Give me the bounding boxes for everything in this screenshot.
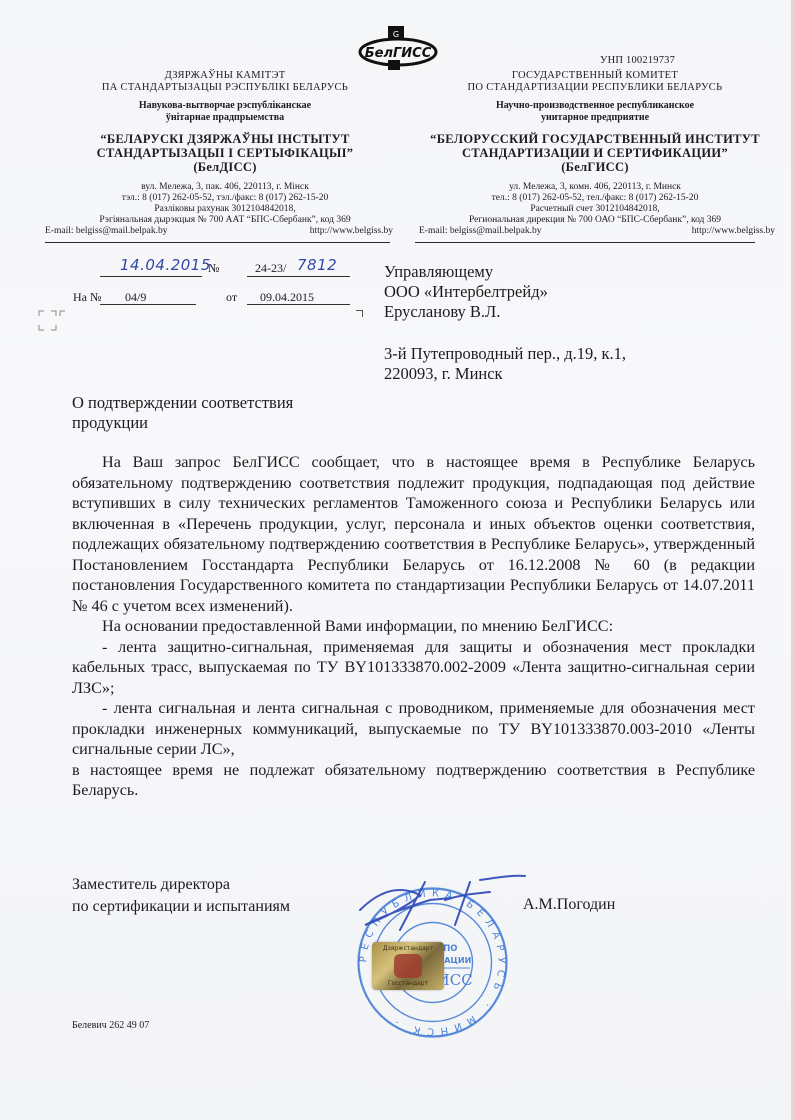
number-label: № (208, 261, 219, 276)
org-title-line1: “БЕЛАРУСКІ ДЗЯРЖАЎНЫ ІНСТЫТУТ (45, 132, 405, 146)
org-address: ул. Мележа, 3, комн. 406, 220113, г. Мин… (415, 182, 775, 193)
org-title-line2: СТАНДАРТЫЗАЦЫІ І СЕРТЫФІКАЦЫІ” (45, 146, 405, 160)
org-account: Расчетный счет 3012104842018, (415, 204, 775, 215)
svg-text:БелГИСС: БелГИСС (365, 46, 432, 61)
svg-text:G: G (393, 30, 399, 39)
number-underline (247, 276, 350, 277)
org-title-line3: (БелДІСС) (45, 160, 405, 174)
subject-line1: О подтверждении соответствия (72, 393, 293, 413)
org-email[interactable]: E-mail: belgiss@mail.belpak.by (45, 226, 167, 237)
subject-line2: продукции (72, 413, 293, 433)
letter-subject: О подтверждении соответствия продукции (72, 393, 293, 433)
outgoing-date: 14.04.2015 (120, 256, 211, 274)
committee-line1: ГОСУДАРСТВЕННЫЙ КОМИТЕТ (415, 70, 775, 82)
org-title-line2: СТАНДАРТИЗАЦИИ И СЕРТИФИКАЦИИ” (415, 146, 775, 160)
org-bank: Рэгіянальная дырэкцыя № 700 ААТ “БПС-Сбе… (45, 215, 405, 226)
committee-line2: ПО СТАНДАРТИЗАЦИИ РЕСПУБЛИКИ БЕЛАРУСЬ (415, 82, 775, 94)
signatory-position: Заместитель директора по сертификации и … (72, 874, 290, 918)
position-line2: по сертификации и испытаниям (72, 896, 290, 918)
date-underline (100, 276, 202, 277)
corner-mark-right (356, 310, 363, 317)
hologram-emblem-icon (394, 954, 422, 978)
unp-number: УНП 100219737 (600, 55, 675, 66)
committee-line2: ПА СТАНДАРТЫЗАЦЫІ РЭСПУБЛІКІ БЕЛАРУСЬ (45, 82, 405, 94)
org-phones: тел.: 8 (017) 262-05-52, тел./факс: 8 (0… (415, 193, 775, 204)
org-email[interactable]: E-mail: belgiss@mail.belpak.by (419, 226, 541, 237)
committee-line1: ДЗЯРЖАЎНЫ КАМІТЭТ (45, 70, 405, 82)
letter-page: G БелГИСС УНП 100219737 ДЗЯРЖАЎНЫ КАМІТЭ… (0, 0, 794, 1120)
registration-corner-marks (38, 310, 83, 332)
reference-date-underline (247, 304, 350, 305)
body-paragraph: в настоящее время не подлежат обязательн… (72, 760, 755, 801)
header-divider-left (45, 242, 390, 243)
signatory-name: А.М.Погодин (523, 896, 615, 914)
header-belarusian: ДЗЯРЖАЎНЫ КАМІТЭТ ПА СТАНДАРТЫЗАЦЫІ РЭСП… (45, 70, 405, 237)
reference-from-label: от (226, 290, 237, 305)
addressee-company: ООО «Интербелтрейд» (384, 282, 626, 302)
addressee-block: Управляющему ООО «Интербелтрейд» Еруслан… (384, 262, 626, 384)
addressee-city: 220093, г. Минск (384, 364, 626, 384)
org-address: вул. Мележа, 3, пак. 406, 220113, г. Мін… (45, 182, 405, 193)
letter-body: На Ваш запрос БелГИСС сообщает, что в на… (72, 452, 755, 801)
reference-label: На № (73, 290, 101, 305)
org-website[interactable]: http://www.belgiss.by (310, 226, 393, 237)
body-paragraph: На основании предоставленной Вами информ… (72, 616, 755, 637)
org-account: Разліковы рахунак 3012104842018, (45, 204, 405, 215)
reference-number: 04/9 (125, 290, 146, 305)
handwritten-signature (330, 870, 530, 940)
org-website[interactable]: http://www.belgiss.by (692, 226, 775, 237)
body-list-item: - лента защитно-сигнальная, применяемая … (72, 637, 755, 699)
addressee-street: 3-й Путепроводный пер., д.19, к.1, (384, 344, 626, 364)
executor-contact: Белевич 262 49 07 (72, 1020, 149, 1031)
belgiss-logo-icon: G БелГИСС (356, 22, 440, 72)
body-list-item: - лента сигнальная и лента сигнальная с … (72, 698, 755, 760)
position-line1: Заместитель директора (72, 874, 290, 896)
body-paragraph: На Ваш запрос БелГИСС сообщает, что в на… (72, 452, 755, 616)
reference-date: 09.04.2015 (260, 290, 314, 305)
enterprise-line2: унитарное предприятие (415, 112, 775, 124)
enterprise-line1: Навукова-вытворчае рэспубліканскае (45, 100, 405, 112)
org-title-line1: “БЕЛОРУССКИЙ ГОСУДАРСТВЕННЫЙ ИНСТИТУТ (415, 132, 775, 146)
addressee-position: Управляющему (384, 262, 626, 282)
enterprise-line2: ўнітарнае прадпрыемства (45, 112, 405, 124)
header-russian: ГОСУДАРСТВЕННЫЙ КОМИТЕТ ПО СТАНДАРТИЗАЦИ… (415, 70, 775, 237)
enterprise-line1: Научно-производственное республиканское (415, 100, 775, 112)
addressee-name: Ерусланову В.Л. (384, 302, 626, 322)
outgoing-number-prefix: 24-23/ (255, 261, 286, 276)
hologram-sticker: Дзяржстандарт Госстандарт (372, 942, 444, 990)
org-bank: Региональная дирекция № 700 ОАО “БПС-Сбе… (415, 215, 775, 226)
org-phones: тэл.: 8 (017) 262-05-52, тэл./факс: 8 (0… (45, 193, 405, 204)
reference-underline (100, 304, 196, 305)
org-title-line3: (БелГИСС) (415, 160, 775, 174)
outgoing-number-handwritten: 7812 (297, 256, 337, 274)
header-divider-right (415, 242, 755, 243)
